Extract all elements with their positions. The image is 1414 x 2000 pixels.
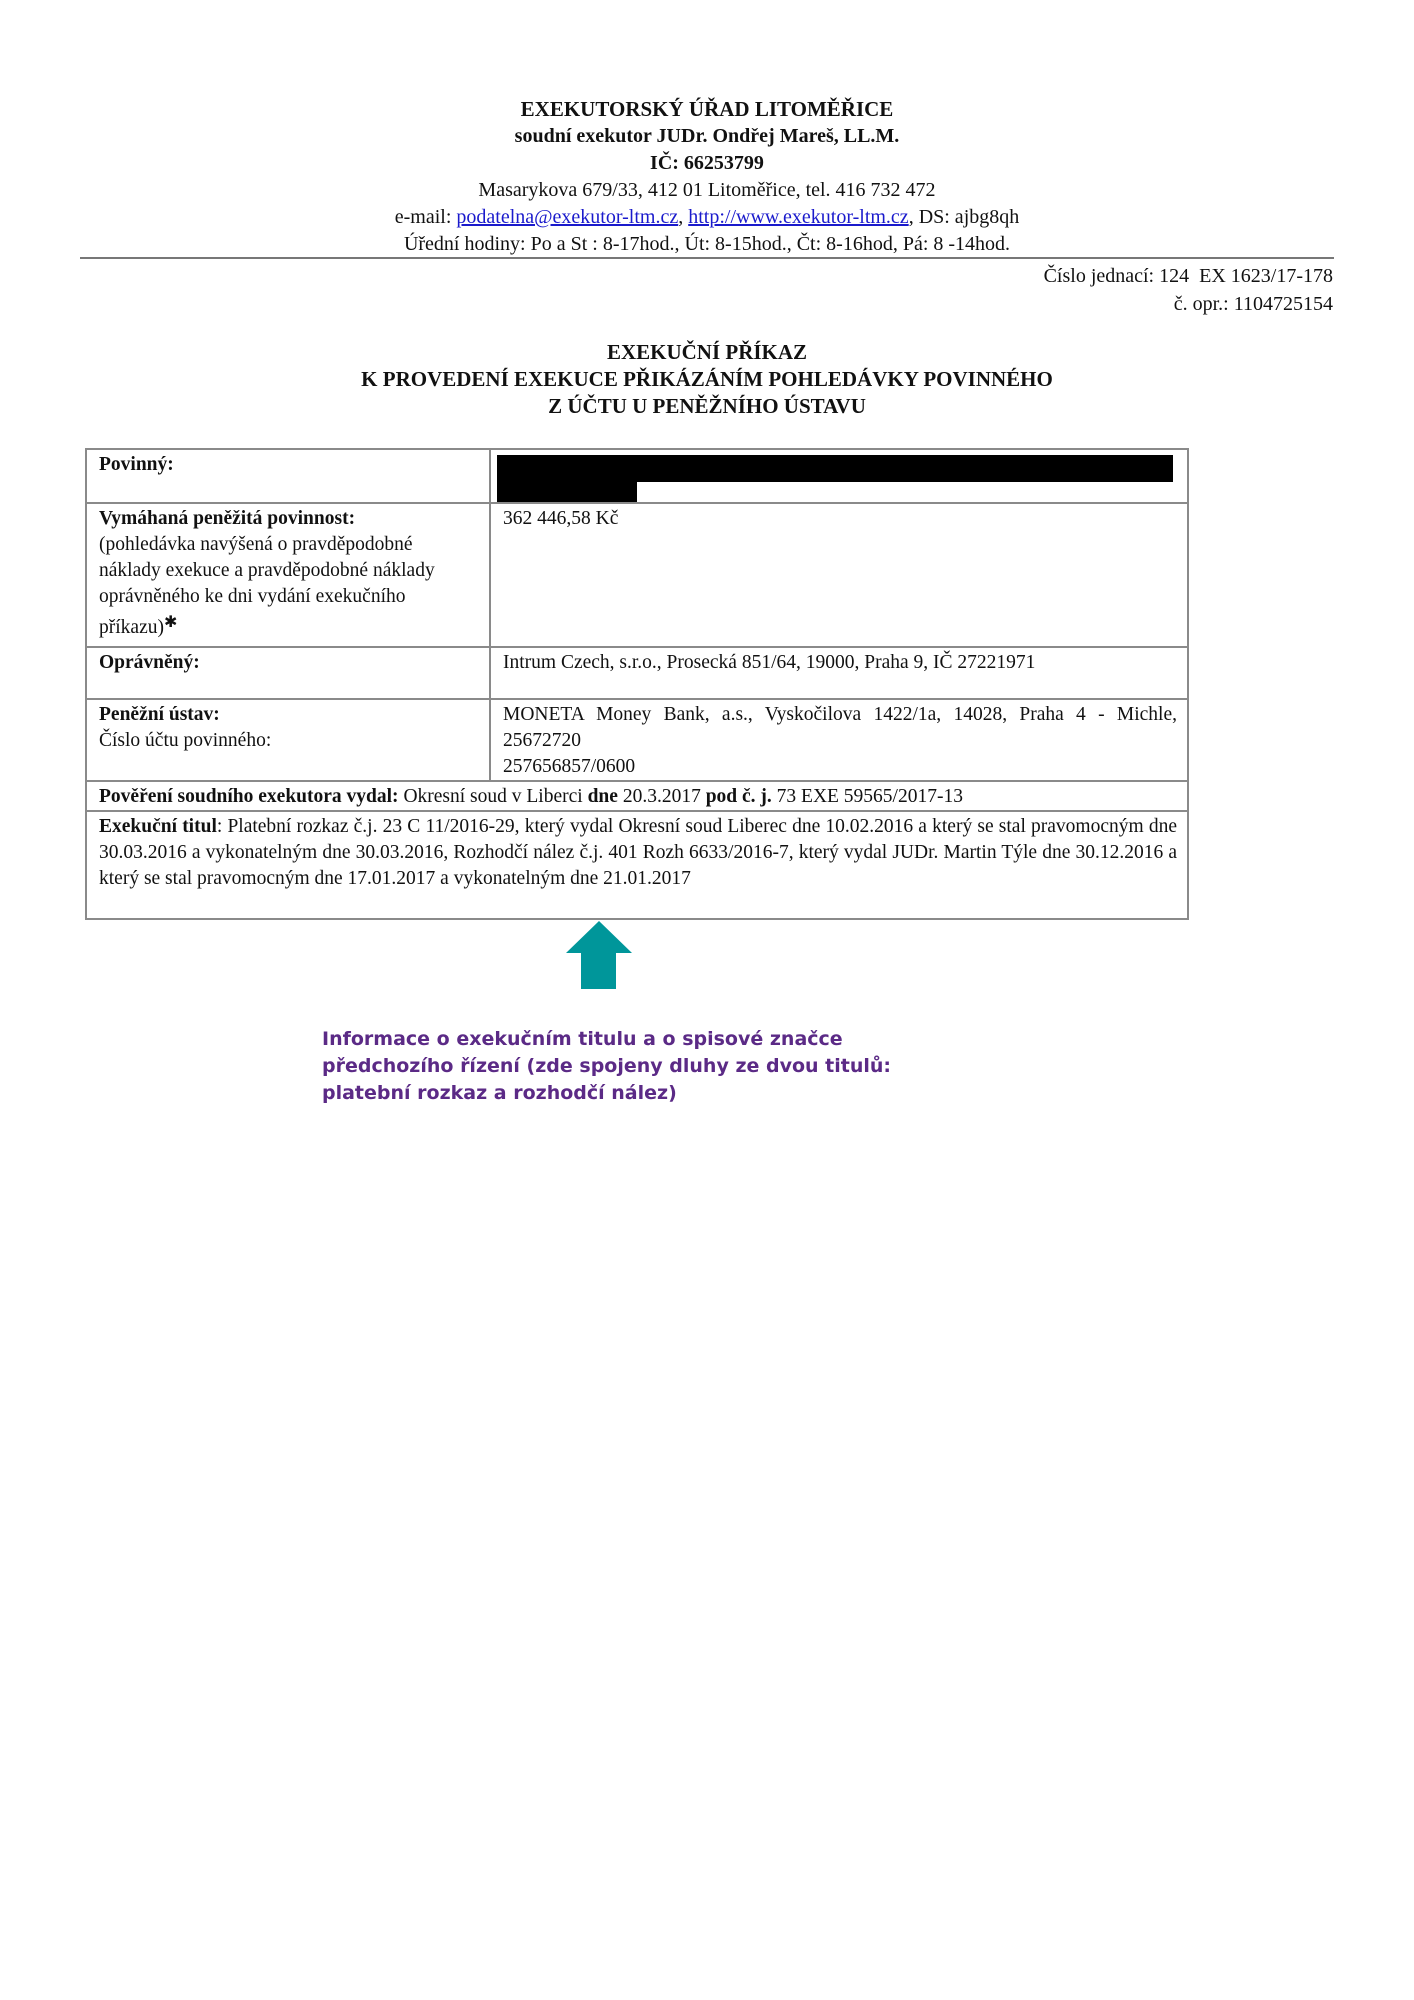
contact-line: e-mail: podatelna@exekutor-ltm.cz, http:… bbox=[0, 204, 1414, 231]
authorization-date: 20.3.2017 bbox=[618, 786, 706, 807]
title-line-3: Z ÚČTU U PENĚŽNÍHO ÚSTAVU bbox=[0, 393, 1414, 420]
povinny-value-cell bbox=[490, 449, 1188, 503]
order-details-table: Povinný: Vymáhaná peněžitá povinnost: (p… bbox=[85, 448, 1189, 920]
title-line-2: K PROVEDENÍ EXEKUCE PŘIKÁZÁNÍM POHLEDÁVK… bbox=[0, 366, 1414, 393]
redaction-block bbox=[497, 482, 637, 502]
authorization-court: Okresní soud v Liberci bbox=[399, 786, 588, 807]
vymahana-note: (pohledávka navýšená o pravděpodobné nák… bbox=[99, 534, 435, 638]
office-address: Masarykova 679/33, 412 01 Litoměřice, te… bbox=[0, 177, 1414, 204]
document-title: EXEKUČNÍ PŘÍKAZ K PROVEDENÍ EXEKUCE PŘIK… bbox=[0, 339, 1414, 420]
annotation-line-1: Informace o exekučním titulu a o spisové… bbox=[322, 1026, 891, 1053]
data-box-id: , DS: ajbg8qh bbox=[909, 206, 1020, 228]
redaction-block bbox=[497, 455, 1173, 482]
header-divider bbox=[80, 257, 1334, 259]
vymahana-label-cell: Vymáhaná peněžitá povinnost: (pohledávka… bbox=[86, 503, 490, 647]
letterhead: EXEKUTORSKÝ ÚŘAD LITOMĚŘICE soudní exeku… bbox=[0, 96, 1414, 258]
bank-value-cell: MONETA Money Bank, a.s., Vyskočilova 142… bbox=[490, 699, 1188, 781]
table-row: Peněžní ústav: Číslo účtu povinného: MON… bbox=[86, 699, 1188, 781]
table-row: Exekuční titul: Platební rozkaz č.j. 23 … bbox=[86, 811, 1188, 919]
enforcement-title-cell: Exekuční titul: Platební rozkaz č.j. 23 … bbox=[86, 811, 1188, 919]
annotation-note: Informace o exekučním titulu a o spisové… bbox=[322, 1026, 891, 1107]
separator: , bbox=[678, 206, 688, 228]
case-number: Číslo jednací: 124 EX 1623/17-178 bbox=[1044, 262, 1333, 290]
authorization-label: Pověření soudního exekutora vydal: bbox=[99, 786, 399, 807]
table-row: Vymáhaná peněžitá povinnost: (pohledávka… bbox=[86, 503, 1188, 647]
table-row: Povinný: bbox=[86, 449, 1188, 503]
executor-name: soudní exekutor JUDr. Ondřej Mareš, LL.M… bbox=[0, 123, 1414, 150]
email-prefix: e-mail: bbox=[395, 206, 457, 228]
opravneny-label: Oprávněný: bbox=[99, 652, 200, 673]
annotation-line-3: platební rozkaz a rozhodčí nález) bbox=[322, 1080, 891, 1107]
vymahana-label: Vymáhaná peněžitá povinnost: bbox=[99, 508, 355, 529]
vymahana-value: 362 446,58 Kč bbox=[490, 503, 1188, 647]
povinny-label-cell: Povinný: bbox=[86, 449, 490, 503]
bank-label: Peněžní ústav: bbox=[99, 704, 220, 725]
authorization-pod: pod č. j. bbox=[706, 786, 772, 807]
office-hours: Úřední hodiny: Po a St : 8-17hod., Út: 8… bbox=[0, 231, 1414, 258]
office-ico: IČ: 66253799 bbox=[0, 150, 1414, 177]
up-arrow-icon bbox=[566, 921, 632, 989]
title-line-1: EXEKUČNÍ PŘÍKAZ bbox=[0, 339, 1414, 366]
account-number: 257656857/0600 bbox=[503, 756, 635, 777]
reference-block: Číslo jednací: 124 EX 1623/17-178 č. opr… bbox=[1044, 262, 1333, 318]
asterisk-icon: ✱ bbox=[164, 614, 177, 631]
opravneny-value: Intrum Czech, s.r.o., Prosecká 851/64, 1… bbox=[490, 647, 1188, 699]
authorization-case: 73 EXE 59565/2017-13 bbox=[772, 786, 963, 807]
office-name: EXEKUTORSKÝ ÚŘAD LITOMĚŘICE bbox=[0, 96, 1414, 123]
opravneny-label-cell: Oprávněný: bbox=[86, 647, 490, 699]
bank-value: MONETA Money Bank, a.s., Vyskočilova 142… bbox=[503, 704, 1177, 751]
table-row: Oprávněný: Intrum Czech, s.r.o., Proseck… bbox=[86, 647, 1188, 699]
annotation-line-2: předchozího řízení (zde spojeny dluhy ze… bbox=[322, 1053, 891, 1080]
enforcement-title-text: : Platební rozkaz č.j. 23 C 11/2016-29, … bbox=[99, 816, 1177, 889]
bank-label-cell: Peněžní ústav: Číslo účtu povinného: bbox=[86, 699, 490, 781]
account-label: Číslo účtu povinného: bbox=[99, 730, 271, 751]
table-row: Pověření soudního exekutora vydal: Okres… bbox=[86, 781, 1188, 811]
email-link[interactable]: podatelna@exekutor-ltm.cz bbox=[456, 206, 678, 228]
povinny-label: Povinný: bbox=[99, 454, 174, 475]
authorization-dne: dne bbox=[588, 786, 618, 807]
enforcement-title-label: Exekuční titul bbox=[99, 816, 217, 837]
authorization-cell: Pověření soudního exekutora vydal: Okres… bbox=[86, 781, 1188, 811]
opr-number: č. opr.: 1104725154 bbox=[1044, 290, 1333, 318]
website-link[interactable]: http://www.exekutor-ltm.cz bbox=[688, 206, 908, 228]
